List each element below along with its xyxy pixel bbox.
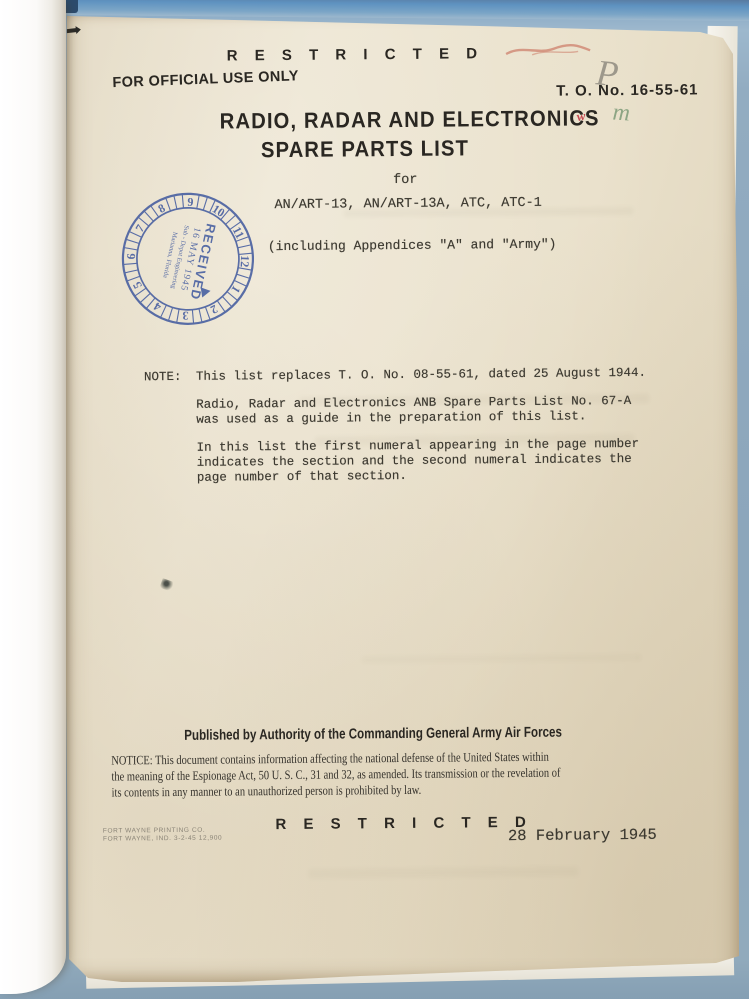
book-cover-top-edge <box>52 0 749 21</box>
green-pencil-mark-m: m <box>612 100 631 128</box>
red-pencil-squiggle <box>504 42 594 61</box>
note-paragraph-1: This list replaces T. O. No. 08-55-61, d… <box>196 366 646 385</box>
restricted-classification-top: R E S T R I C T E D <box>205 45 505 65</box>
note-paragraph-3: In this list the first numeral appearing… <box>197 437 640 486</box>
title-for-word: for <box>205 171 605 189</box>
notice-line3: its contents in any manner to an unautho… <box>112 781 561 801</box>
printer-imprint: FORT WAYNE PRINTING CO. FORT WAYNE, IND.… <box>103 827 222 844</box>
espionage-act-notice: NOTICE: This document contains informati… <box>111 749 659 801</box>
note-p2-line2: was used as a guide in the preparation o… <box>196 409 586 426</box>
printed-content: R E S T R I C T E D FOR OFFICIAL USE ONL… <box>56 7 744 985</box>
published-by-authority-line: Published by Authority of the Commanding… <box>173 724 573 743</box>
note-p3-line3: page number of that section. <box>197 469 407 485</box>
document-title-line1: RADIO, RADAR AND ELECTRONICS <box>220 105 588 134</box>
appendices-note: (including Appendices "A" and "Army") <box>268 237 557 255</box>
note-label: NOTE: <box>144 370 182 384</box>
publication-date: 28 February 1945 <box>508 826 657 845</box>
printer-line2: FORT WAYNE, IND. 3-2-45 12,900 <box>103 835 222 844</box>
adjacent-white-page-edge <box>0 0 66 994</box>
pencil-mark-p: P <box>594 51 620 95</box>
bleed-through-ghost <box>308 866 578 878</box>
bleed-through-ghost <box>361 654 641 663</box>
official-use-only-label: FOR OFFICIAL USE ONLY <box>112 68 299 91</box>
technical-order-number: T. O. No. 16-55-61 <box>540 81 698 99</box>
equipment-designations: AN/ART-13, AN/ART-13A, ATC, ATC-1 <box>274 196 541 213</box>
document-title-line2: SPARE PARTS LIST <box>181 135 549 164</box>
red-pencil-mark-w: w <box>576 108 587 125</box>
received-date-stamp: 910111212345678 RECEIVED 16 MAY 1945 Sub… <box>115 186 261 332</box>
note-paragraph-2: Radio, Radar and Electronics ANB Spare P… <box>196 394 631 428</box>
photo-of-document-page: { "colors": { "paper": "#e9e0c9", "cover… <box>0 0 749 999</box>
stamp-text-block: RECEIVED 16 MAY 1945 Sub - Depot Enginee… <box>104 175 271 342</box>
note-p3-line2: indicates the section and the second num… <box>197 452 632 470</box>
title-page: R E S T R I C T E D FOR OFFICIAL USE ONL… <box>60 10 740 982</box>
ink-speck <box>159 578 175 592</box>
